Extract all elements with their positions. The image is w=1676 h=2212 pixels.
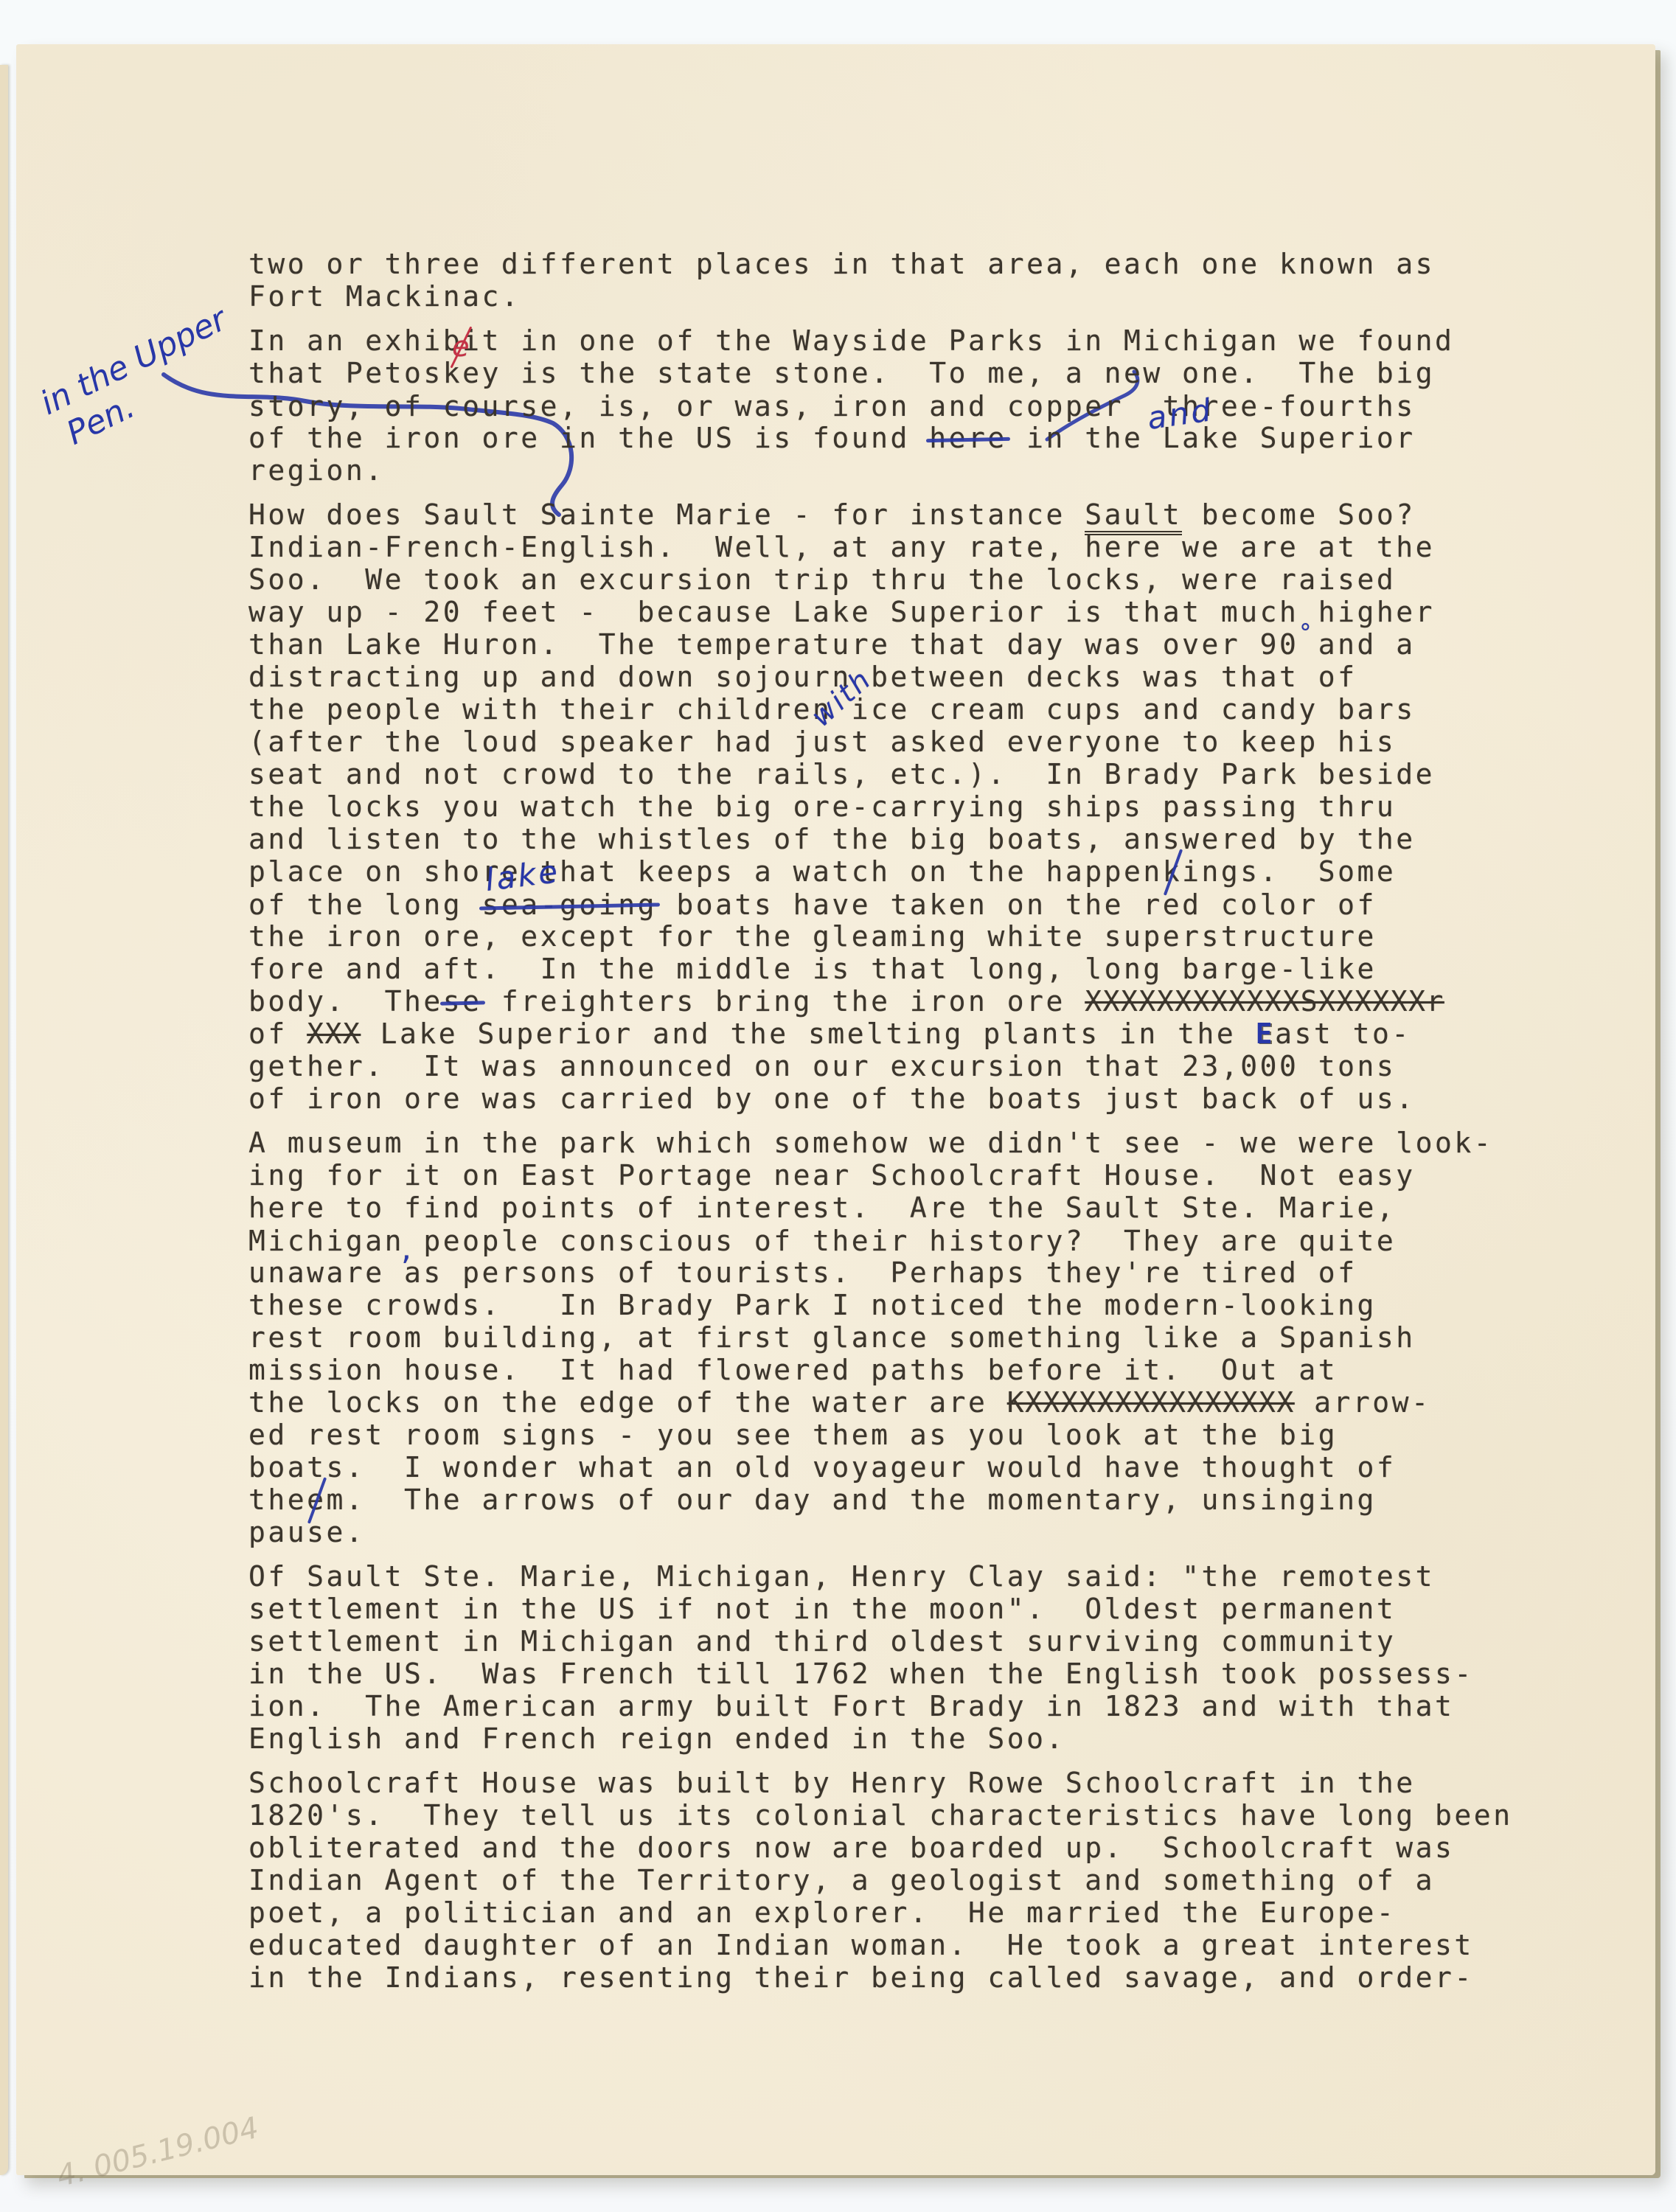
typed-line: the people with their childrenwith ice c… bbox=[248, 693, 1513, 726]
typed-line: fore and aft. In the middle is that long… bbox=[248, 953, 1513, 985]
pencil-catalog-note: 4. 005.19.004 bbox=[54, 2111, 262, 2194]
typed-line: Fort Mackinac. bbox=[248, 280, 1513, 313]
typed-line: mission house. It had flowered paths bef… bbox=[248, 1354, 1513, 1386]
typed-line: English and French reign ended in the So… bbox=[248, 1722, 1513, 1755]
typed-line: of XXX Lake Superior and the smelting pl… bbox=[248, 1018, 1513, 1050]
pen-strikethrough-text: se bbox=[443, 985, 482, 1018]
typed-line: body. These freighters bring the iron or… bbox=[248, 985, 1513, 1018]
typed-line: gether. It was announced on our excursio… bbox=[248, 1050, 1513, 1082]
typed-line: (after the loud speaker had just asked e… bbox=[248, 726, 1513, 758]
paragraph: Schoolcraft House was built by Henry Row… bbox=[248, 1767, 1513, 1994]
typed-line: of the iron ore in the US is found here … bbox=[248, 422, 1513, 454]
paragraph: two or three different places in that ar… bbox=[248, 248, 1513, 313]
typed-line: in the Indians, resenting their being ca… bbox=[248, 1961, 1513, 1994]
typed-line: these crowds. In Brady Park I noticed th… bbox=[248, 1289, 1513, 1321]
typed-line: place on shore that keeps a watch on the… bbox=[248, 855, 1513, 888]
typed-line: the locks you watch the big ore-carrying… bbox=[248, 790, 1513, 823]
typed-line: theem. The arrows of our day and the mom… bbox=[248, 1484, 1513, 1516]
underlying-sheet-edge bbox=[0, 65, 8, 2175]
typed-line: educated daughter of an Indian woman. He… bbox=[248, 1929, 1513, 1961]
slashed-character: e bbox=[307, 1484, 326, 1516]
typed-line: Of Sault Ste. Marie, Michigan, Henry Cla… bbox=[248, 1560, 1513, 1593]
margin-handwritten-note: in the Upper Pen. bbox=[35, 300, 249, 457]
typed-line: Schoolcraft House was built by Henry Row… bbox=[248, 1767, 1513, 1799]
paragraph: How does Sault Sainte Marie - for instan… bbox=[248, 498, 1513, 1115]
underlined-text: Sault bbox=[1085, 498, 1182, 535]
typed-line: rest room building, at first glance some… bbox=[248, 1321, 1513, 1354]
paragraph: In an exhibit in one of the Wayside Park… bbox=[248, 324, 1513, 487]
typed-line: settlement in the US if not in the moon"… bbox=[248, 1593, 1513, 1625]
typed-line: seat and not crowd to the rails, etc.). … bbox=[248, 758, 1513, 790]
typed-line: region. bbox=[248, 454, 1513, 487]
typed-line: way up - 20 feet - because Lake Superior… bbox=[248, 596, 1513, 628]
typed-line: settlement in Michigan and third oldest … bbox=[248, 1625, 1513, 1658]
typed-line: of iron ore was carried by one of the bo… bbox=[248, 1082, 1513, 1115]
typed-line: ing for it on East Portage near Schoolcr… bbox=[248, 1159, 1513, 1192]
handwritten-edit: , bbox=[401, 1233, 414, 1265]
typed-line: obliterated and the doors now are boarde… bbox=[248, 1832, 1513, 1864]
typed-line: Soo. We took an excursion trip thru the … bbox=[248, 563, 1513, 596]
typed-line: Indian Agent of the Territory, a geologi… bbox=[248, 1864, 1513, 1896]
edited-text: E bbox=[1256, 1018, 1275, 1050]
scanned-document: { "document": { "kind": "typewritten man… bbox=[0, 0, 1676, 2212]
document-page: in the Upper Pen. two or three different… bbox=[16, 44, 1655, 2175]
typed-text-block: two or three different places in that ar… bbox=[248, 248, 1513, 2006]
typed-line: How does Sault Sainte Marie - for instan… bbox=[248, 498, 1513, 531]
typed-line: Indian-French-English. Well, at any rate… bbox=[248, 531, 1513, 563]
paragraph: Of Sault Ste. Marie, Michigan, Henry Cla… bbox=[248, 1560, 1513, 1755]
handwritten-edit: ° bbox=[1299, 616, 1314, 649]
typed-line: 1820's. They tell us its colonial charac… bbox=[248, 1799, 1513, 1832]
typeover-strikeout-text: KXXXXXXXXXXXXXXX bbox=[1007, 1386, 1295, 1419]
typed-line: the iron ore, except for the gleaming wh… bbox=[248, 920, 1513, 953]
slashed-character: k bbox=[1163, 855, 1182, 888]
typed-line: story, of course, is, or was, iron and c… bbox=[248, 389, 1513, 422]
typed-line: ed rest room signs - you see them as you… bbox=[248, 1419, 1513, 1451]
typed-line: than Lake Huron. The temperature that da… bbox=[248, 628, 1513, 661]
typed-line: of the long lakesea-going boats have tak… bbox=[248, 888, 1513, 920]
typeover-strikeout-text: XXX bbox=[307, 1018, 361, 1050]
pen-strikethrough-text: sea-going bbox=[482, 888, 657, 921]
typed-line: unaware as persons of tourists. Perhaps … bbox=[248, 1256, 1513, 1289]
typeover-strikeout-text: XXXXXXXXXXXXSXXXXXXr bbox=[1085, 985, 1444, 1018]
typed-line: and listen to the whistles of the big bo… bbox=[248, 823, 1513, 855]
typed-line: that Petoskeey is the state stone. To me… bbox=[248, 357, 1513, 389]
typed-line: ion. The American army built Fort Brady … bbox=[248, 1690, 1513, 1722]
typed-line: poet, a politician and an explorer. He m… bbox=[248, 1896, 1513, 1929]
typed-line: Michigan, people conscious of their hist… bbox=[248, 1224, 1513, 1256]
typed-line: in the US. Was French till 1762 when the… bbox=[248, 1658, 1513, 1690]
paragraph: A museum in the park which somehow we di… bbox=[248, 1127, 1513, 1548]
typed-line: pause. bbox=[248, 1516, 1513, 1548]
typed-line: In an exhibit in one of the Wayside Park… bbox=[248, 324, 1513, 357]
typed-line: A museum in the park which somehow we di… bbox=[248, 1127, 1513, 1159]
pen-strikethrough-text: here bbox=[929, 422, 1007, 454]
typed-line: two or three different places in that ar… bbox=[248, 248, 1513, 280]
handwritten-edit: e bbox=[452, 330, 472, 363]
typed-line: here to find points of interest. Are the… bbox=[248, 1192, 1513, 1224]
typed-line: the locks on the edge of the water are K… bbox=[248, 1386, 1513, 1419]
typed-line: boats. I wonder what an old voyageur wou… bbox=[248, 1451, 1513, 1484]
typed-line: distracting up and down sojourn between … bbox=[248, 661, 1513, 693]
